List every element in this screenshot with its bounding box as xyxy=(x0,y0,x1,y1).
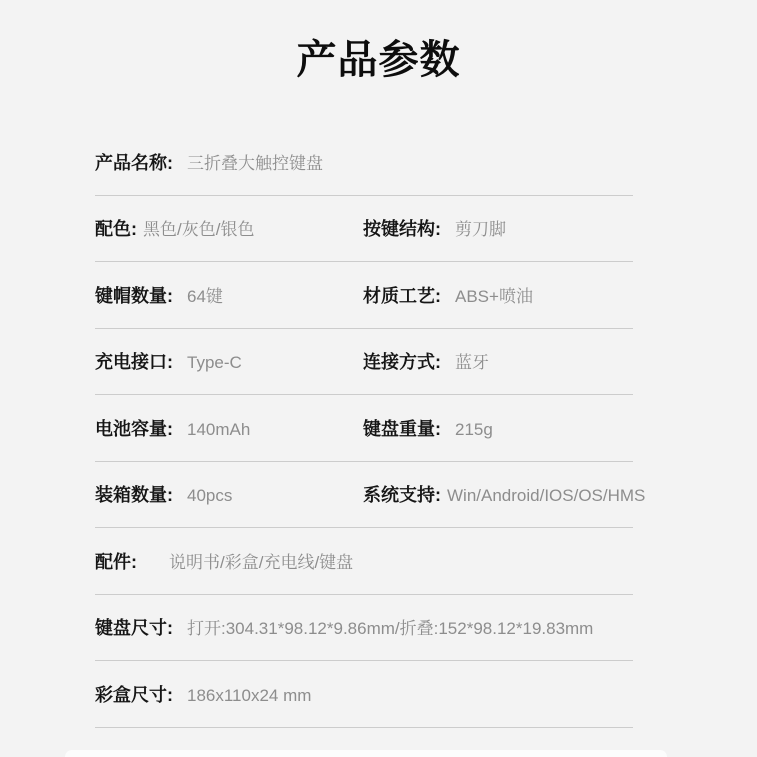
spec-pair: 连接方式: 蓝牙 xyxy=(363,348,489,374)
spec-pair: 材质工艺: ABS+喷油 xyxy=(363,282,533,308)
spec-value: 186x110x24 mm xyxy=(187,686,311,706)
spec-label: 产品名称: xyxy=(95,149,173,175)
spec-value: 64键 xyxy=(187,282,223,307)
spec-label: 键盘重量: xyxy=(363,415,441,441)
spec-row-colorbox-size: 彩盒尺寸: 186x110x24 mm xyxy=(95,661,633,728)
spec-row-keyboard-size: 键盘尺寸: 打开:304.31*98.12*9.86mm/折叠:152*98.1… xyxy=(95,595,633,662)
spec-label: 材质工艺: xyxy=(363,282,441,308)
spec-row-accessories: 配件: 说明书/彩盒/充电线/键盘 xyxy=(95,528,633,595)
spec-value: Type-C xyxy=(187,353,242,373)
spec-label: 装箱数量: xyxy=(95,481,173,507)
spec-label: 连接方式: xyxy=(363,348,441,374)
spec-row-product-name: 产品名称: 三折叠大触控键盘 xyxy=(95,129,633,196)
spec-pair: 配色: 黑色/灰色/银色 xyxy=(95,215,254,241)
spec-value: 三折叠大触控键盘 xyxy=(187,149,323,174)
spec-pair: 系统支持: Win/Android/IOS/OS/HMS xyxy=(363,481,645,507)
spec-value: ABS+喷油 xyxy=(455,282,533,307)
spec-label: 键帽数量: xyxy=(95,282,173,308)
spec-value: 打开:304.31*98.12*9.86mm/折叠:152*98.12*19.8… xyxy=(187,614,593,639)
spec-label: 配色: xyxy=(95,215,137,241)
spec-label: 键盘尺寸: xyxy=(95,614,173,640)
spec-label: 充电接口: xyxy=(95,348,173,374)
spec-row-battery-weight: 电池容量: 140mAh 键盘重量: 215g xyxy=(95,395,633,462)
spec-pair: 键盘尺寸: 打开:304.31*98.12*9.86mm/折叠:152*98.1… xyxy=(95,614,593,640)
spec-value: 说明书/彩盒/充电线/键盘 xyxy=(169,548,353,573)
spec-value: Win/Android/IOS/OS/HMS xyxy=(447,486,645,506)
spec-row-charging-connection: 充电接口: Type-C 连接方式: 蓝牙 xyxy=(95,329,633,396)
page-title: 产品参数 xyxy=(0,40,757,80)
spec-pair: 装箱数量: 40pcs xyxy=(95,481,232,507)
spec-pair: 电池容量: 140mAh xyxy=(95,415,250,441)
spec-label: 系统支持: xyxy=(363,481,441,507)
spec-value: 剪刀脚 xyxy=(455,215,506,240)
spec-label: 配件: xyxy=(95,548,137,574)
spec-pair: 按键结构: 剪刀脚 xyxy=(363,215,506,241)
spec-value: 40pcs xyxy=(187,486,232,506)
spec-label: 按键结构: xyxy=(363,215,441,241)
spec-pair: 产品名称: 三折叠大触控键盘 xyxy=(95,149,323,175)
spec-value: 蓝牙 xyxy=(455,348,489,373)
spec-row-keycaps-material: 键帽数量: 64键 材质工艺: ABS+喷油 xyxy=(95,262,633,329)
spec-row-packing-system: 装箱数量: 40pcs 系统支持: Win/Android/IOS/OS/HMS xyxy=(95,462,633,529)
spec-pair: 彩盒尺寸: 186x110x24 mm xyxy=(95,681,311,707)
spec-value: 黑色/灰色/银色 xyxy=(143,215,254,240)
spec-row-color-keystructure: 配色: 黑色/灰色/银色 按键结构: 剪刀脚 xyxy=(95,196,633,263)
next-section-card-peek xyxy=(65,750,667,757)
spec-label: 彩盒尺寸: xyxy=(95,681,173,707)
spec-table: 产品名称: 三折叠大触控键盘 配色: 黑色/灰色/银色 按键结构: 剪刀脚 键帽… xyxy=(95,129,633,728)
spec-pair: 键盘重量: 215g xyxy=(363,415,493,441)
spec-value: 215g xyxy=(455,420,493,440)
spec-pair: 配件: 说明书/彩盒/充电线/键盘 xyxy=(95,548,353,574)
spec-value: 140mAh xyxy=(187,420,250,440)
spec-pair: 充电接口: Type-C xyxy=(95,348,242,374)
spec-pair: 键帽数量: 64键 xyxy=(95,282,223,308)
spec-label: 电池容量: xyxy=(95,415,173,441)
